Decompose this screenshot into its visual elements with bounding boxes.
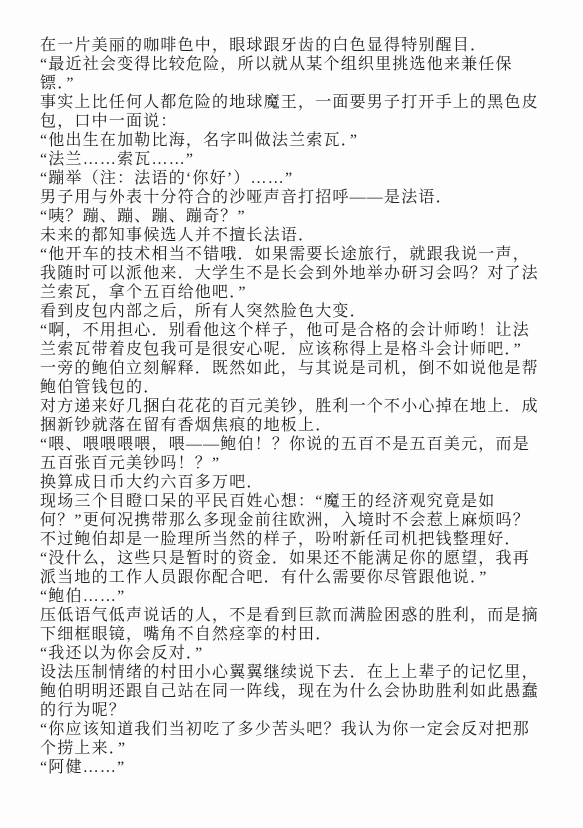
text-line: 对方递来好几捆白花花的百元美钞，胜利一个不小心掉在地上．成 — [40, 397, 552, 416]
text-line: 鲍伯明明还跟自己站在同一阵线，现在为什么会协助胜利如此愚蠢 — [40, 682, 552, 701]
text-line: 在一片美丽的咖啡色中，眼球跟牙齿的白色显得特别醒目． — [40, 36, 552, 55]
text-line: 个捞上来．” — [40, 739, 552, 758]
text-line: 包，口中一面说： — [40, 112, 552, 131]
text-line: “啊，不用担心．别看他这个样子，他可是合格的会计师哟！让法 — [40, 321, 552, 340]
text-line: 我随时可以派他来．大学生不是长会到外地举办研习会吗？对了法 — [40, 264, 552, 283]
text-line: 不过鲍伯却是一脸理所当然的样子，吩咐新任司机把钱整理好． — [40, 530, 552, 549]
text-line: “最近社会变得比较危险，所以就从某个组织里挑选他来兼任保 — [40, 55, 552, 74]
text-line: 事实上比任何人都危险的地球魔王，一面要男子打开手上的黑色皮 — [40, 93, 552, 112]
text-line: “你应该知道我们当初吃了多少苦头吧？我认为你一定会反对把那 — [40, 720, 552, 739]
text-line: 镖．” — [40, 74, 552, 93]
text-line: 看到皮包内部之后，所有人突然脸色大变． — [40, 302, 552, 321]
text-line: 派当地的工作人员跟你配合吧．有什么需要你尽管跟他说．” — [40, 568, 552, 587]
text-line: “我还以为你会反对．” — [40, 644, 552, 663]
text-line: 何？”更何况携带那么多现金前往欧洲，入境时不会惹上麻烦吗？ — [40, 511, 552, 530]
text-line: “没什么，这些只是暂时的资金．如果还不能满足你的愿望，我再 — [40, 549, 552, 568]
text-line: 设法压制情绪的村田小心翼翼继续说下去．在上上辈子的记忆里， — [40, 663, 552, 682]
text-line: 下细框眼镜，嘴角不自然痉挛的村田． — [40, 625, 552, 644]
text-line: 换算成日币大约六百多万吧． — [40, 473, 552, 492]
text-line: 鲍伯管钱包的． — [40, 378, 552, 397]
text-line: “咦？蹦、蹦、蹦、蹦奇？” — [40, 207, 552, 226]
text-line: 压低语气低声说话的人，不是看到巨款而满脸困惑的胜利，而是摘 — [40, 606, 552, 625]
text-line: 兰索瓦带着皮包我可是很安心呢．应该称得上是格斗会计师吧．” — [40, 340, 552, 359]
text-line: “喂、喂喂喂喂，喂——鲍伯！？你说的五百不是五百美元，而是 — [40, 435, 552, 454]
text-line: 一旁的鲍伯立刻解释．既然如此，与其说是司机，倒不如说他是帮 — [40, 359, 552, 378]
text-line: 未来的都知事候选人并不擅长法语． — [40, 226, 552, 245]
text-line: “他出生在加勒比海，名字叫做法兰索瓦．” — [40, 131, 552, 150]
text-line: “蹦举（注：法语的‘你好’）……” — [40, 169, 552, 188]
text-line: “他开车的技术相当不错哦．如果需要长途旅行，就跟我说一声， — [40, 245, 552, 264]
novel-text-block: 在一片美丽的咖啡色中，眼球跟牙齿的白色显得特别醒目．“最近社会变得比较危险，所以… — [40, 36, 552, 777]
text-line: “阿健……” — [40, 758, 552, 777]
text-line: 捆新钞就落在留有香烟焦痕的地板上． — [40, 416, 552, 435]
text-line: “鲍伯……” — [40, 587, 552, 606]
text-line: 五百张百元美钞吗！？” — [40, 454, 552, 473]
text-line: 男子用与外表十分符合的沙哑声音打招呼——是法语． — [40, 188, 552, 207]
text-line: “法兰……索瓦……” — [40, 150, 552, 169]
page: 在一片美丽的咖啡色中，眼球跟牙齿的白色显得特别醒目．“最近社会变得比较危险，所以… — [0, 0, 583, 828]
text-line: 现场三个目瞪口呆的平民百姓心想：“魔王的经济观究竟是如 — [40, 492, 552, 511]
text-line: 兰索瓦，拿个五百给他吧．” — [40, 283, 552, 302]
text-line: 的行为呢？ — [40, 701, 552, 720]
